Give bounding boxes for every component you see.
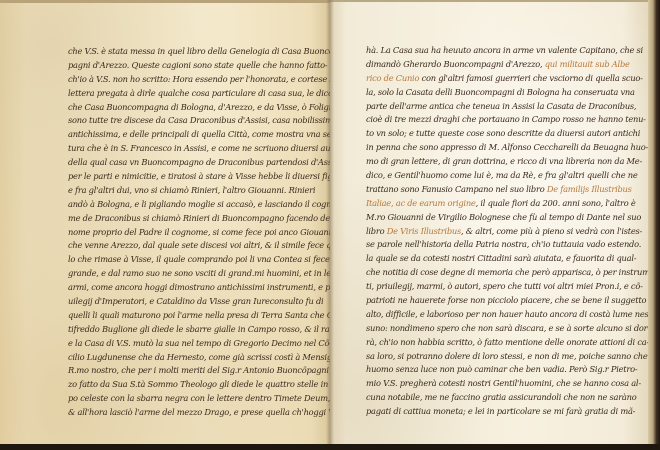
text-line: che venne Arezzo, dal quale sete discesi… [68,239,363,253]
text-line: la quale se da cotesti nostri Cittadini … [366,252,657,266]
text-line: alto, difficile, e laborioso per non hau… [366,308,657,322]
text-line: tifreddo Buglione gli diede le sbarre gi… [68,323,363,337]
text-line: uilegij d'Imperatori, e Cataldino da Vis… [68,295,363,309]
text-line: to vn solo; e tutte queste cose sono des… [366,127,657,141]
text-line: sono tutte tre discese da Casa Draconibu… [68,114,363,128]
text-segment: pagati di cattiua moneta; e lei in parti… [366,406,635,416]
text-segment: trattano sono Fanusio Campano nel suo li… [366,184,547,194]
text-segment: hà. La Casa sua ha heuuto ancora in arme… [366,45,643,55]
text-line: che notitia di cose degne di memoria che… [366,266,657,280]
rubricated-text: qui militauit sub Albe [545,59,630,69]
text-line: po celeste con la sbarra negra con le le… [68,392,363,406]
text-segment: alto, difficile, e laborioso per non hau… [366,309,651,319]
text-segment: dimandò Gherardo Buoncompagni d'Arezzo, [366,59,545,69]
text-segment: rà, ch'io non habbia scritto, ò fatto me… [366,337,649,347]
text-line: hà. La Casa sua ha heuuto ancora in arme… [366,44,657,58]
text-line: libro De Viris Illustribus, & altri, com… [366,225,657,239]
bottom-edge [0,444,660,450]
text-segment: mio V.S. pregherà cotesti nostri Gentil'… [366,378,641,388]
page-edges [648,0,660,450]
text-line: parte dell'arme antica che teneua in Ass… [366,100,657,114]
text-segment: ti, priuilegij, marmi, ò autori, spero c… [366,281,643,291]
text-line: lettera pregata à dirle qualche cosa par… [68,87,363,101]
text-line: R.mo nostro, che per i molti meriti del … [68,364,363,378]
text-segment: M.ro Giouanni de Virgilio Bolognese che … [366,212,641,222]
text-segment: dico, e Gentil'huomo come lui è, ma da R… [366,170,638,180]
text-line: patrioti ne hauerete forse non picciolo … [366,294,657,308]
text-line: mo di gran lettere, di gran dottrina, e … [366,155,657,169]
text-line: M.ro Giouanni de Virgilio Bolognese che … [366,211,657,225]
text-line: & all'hora lasciò l'arme del mezzo Drago… [68,406,363,420]
text-line: e la Casa di V.S. mutò la sua nel tempo … [68,337,363,351]
text-segment: to vn solo; e tutte queste cose sono des… [366,128,640,138]
text-line: tura che è in S. Francesco in Assisi, e … [68,142,363,156]
text-line: pagati di cattiua moneta; e lei in parti… [366,405,657,419]
text-segment: se parole nell'historia della Patria nos… [366,239,641,249]
text-line: dico, e Gentil'huomo come lui è, ma da R… [366,169,657,183]
text-line: cioè di tre mezzi draghi che portauano i… [366,113,657,127]
open-book-spread: che V.S. è stata messa in quel libro del… [0,0,660,450]
left-page: che V.S. è stata messa in quel libro del… [0,0,330,446]
right-page: hà. La Casa sua ha heuuto ancora in arme… [330,0,648,446]
text-segment: in penna che sono appresso di M. Alfonso… [366,142,648,152]
text-line: pagni d'Arezzo. Queste cagioni sono stat… [68,59,363,73]
text-line: lo che rimase à Visse, il quale comprand… [68,253,363,267]
left-page-text: che V.S. è stata messa in quel libro del… [68,45,363,420]
text-segment: mo di gran lettere, di gran dottrina, e … [366,156,642,166]
rubricated-text: Italiae, ac de earum origine [366,198,476,208]
text-line: zo fatto da Sua S.tà Sommo Theologo gli … [68,378,363,392]
text-segment: huomo senza luce non può caminar che ben… [366,364,637,374]
text-line: cuna notabile, me ne faccino gratia assi… [366,391,657,405]
text-line: dimandò Gherardo Buoncompagni d'Arezzo, … [366,58,657,72]
text-segment: la, solo la Casata delli Buoncompagni di… [366,87,635,97]
text-segment: parte dell'arme antica che teneua in Ass… [366,101,636,111]
text-line: ti, priuilegij, marmi, ò autori, spero c… [366,280,657,294]
text-line: che Casa Buoncompagna di Bologna, d'Arez… [68,101,363,115]
text-line: rà, ch'io non habbia scritto, ò fatto me… [366,336,657,350]
rubricated-text: rico de Cunio [366,73,419,83]
text-segment: con gl'altri famosi guerrieri che vscior… [419,73,643,83]
text-line: in penna che sono appresso di M. Alfonso… [366,141,657,155]
text-line: me de Draconibus si chiamò Rinieri di Bu… [68,212,363,226]
text-segment: cioè di tre mezzi draghi che portauano i… [366,114,646,124]
text-line: nome proprio del Padre il cognome, si co… [68,226,363,240]
text-line: ch'io à V.S. non ho scritto: Hora essend… [68,73,363,87]
text-line: mio V.S. pregherà cotesti nostri Gentil'… [366,377,657,391]
text-segment: , il quale fiori da 200. anni sono, l'al… [476,198,636,208]
book-gutter [326,0,334,446]
text-line: andò à Bologna, e li pigliando moglie si… [68,198,363,212]
text-line: rico de Cunio con gl'altri famosi guerri… [366,72,657,86]
text-segment: suno: nondimeno spero che non sarà disca… [366,323,650,333]
text-segment: che notitia di cose degne di memoria che… [366,267,657,277]
rubricated-text: De Viris Illustribus [387,226,461,236]
text-line: quelli li quali maturono poi l'arme nell… [68,309,363,323]
text-line: armi, come ancora hoggi dimostrano antic… [68,281,363,295]
rubricated-text: De familijs Illustribus [547,184,632,194]
text-segment: , & altri, come più à pieno si vedrà con… [461,226,642,236]
right-page-text: hà. La Casa sua ha heuuto ancora in arme… [366,44,657,419]
text-line: huomo senza luce non può caminar che ben… [366,363,657,377]
text-line: se parole nell'historia della Patria nos… [366,238,657,252]
text-line: e fra gl'altri dui, vno si chiamò Rinier… [68,184,363,198]
text-segment: libro [366,226,387,236]
text-line: trattano sono Fanusio Campano nel suo li… [366,183,657,197]
text-line: sa loro, si potranno dolere di loro stes… [366,350,657,364]
text-segment: patrioti ne hauerete forse non picciolo … [366,295,653,305]
text-segment: cuna notabile, me ne faccino gratia assi… [366,392,636,402]
text-line: la, solo la Casata delli Buoncompagni di… [366,86,657,100]
text-line: per le parti e nimicitie, e tiratosi à s… [68,170,363,184]
text-line: grande, e dal ramo suo ne sono vsciti di… [68,267,363,281]
text-line: Italiae, ac de earum origine, il quale f… [366,197,657,211]
text-line: cilio Lugdunense che da Hernesto, come g… [68,351,363,365]
text-segment: sa loro, si potranno dolere di loro stes… [366,351,657,361]
text-line: della qual casa vn Buoncompagno de Draco… [68,156,363,170]
text-segment: la quale se da cotesti nostri Cittadini … [366,253,636,263]
text-line: che V.S. è stata messa in quel libro del… [68,45,363,59]
text-line: antichissima, e delle principali di quel… [68,128,363,142]
text-line: suno: nondimeno spero che non sarà disca… [366,322,657,336]
